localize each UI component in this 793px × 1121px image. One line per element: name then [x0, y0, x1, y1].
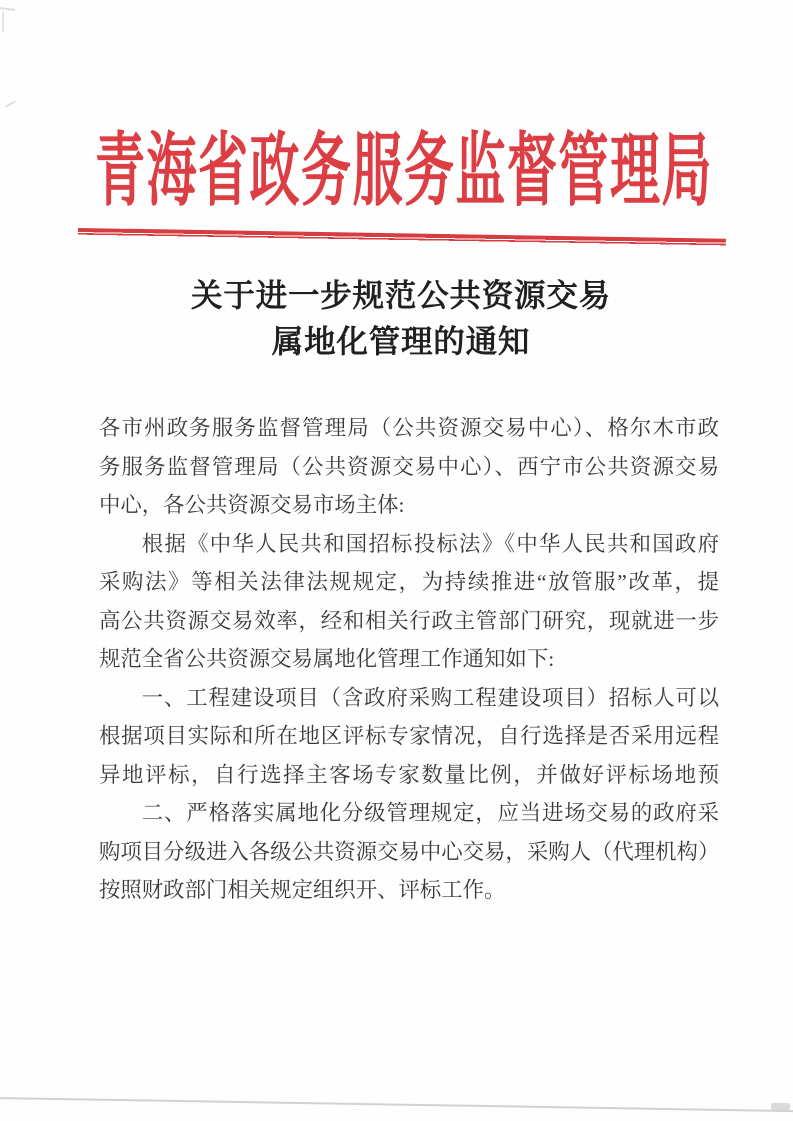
letterhead: 青海省政务服务监督管理局 [0, 125, 793, 217]
body-line: 各市州政务服务监督管理局（公共资源交易中心）、格尔木市政 [99, 409, 719, 448]
document-title: 关于进一步规范公共资源交易 属地化管理的通知 [0, 273, 793, 365]
paper-edge-shadow [0, 1097, 793, 1112]
body-line: 务服务监督管理局（公共资源交易中心）、西宁市公共资源交易 [99, 448, 719, 487]
body-line: 根据《中华人民共和国招标投标法》《中华人民共和国政府 [99, 525, 719, 564]
body-line: 异地评标，自行选择主客场专家数量比例，并做好评标场地预约。 [99, 756, 719, 795]
scan-artifact [5, 100, 16, 107]
document-title-line: 关于进一步规范公共资源交易 [9, 273, 793, 319]
document-title-line: 属地化管理的通知 [9, 319, 793, 365]
agency-name: 青海省政务服务监督管理局 [95, 97, 713, 244]
paper-edge-notch [771, 1103, 790, 1110]
scanned-document-page: 青海省政务服务监督管理局 关于进一步规范公共资源交易 属地化管理的通知 各市州政… [0, 0, 793, 1121]
body-line: 二、严格落实属地化分级管理规定，应当进场交易的政府采 [99, 794, 719, 833]
body-line: 规范全省公共资源交易属地化管理工作通知如下: [99, 640, 719, 679]
body-line: 按照财政部门相关规定组织开、评标工作。 [99, 871, 719, 910]
scan-artifact [2, 12, 4, 32]
body-line: 中心，各公共资源交易市场主体: [99, 486, 719, 525]
body-line: 高公共资源交易效率，经和相关行政主管部门研究，现就进一步 [99, 602, 719, 641]
body-line: 购项目分级进入各级公共资源交易中心交易，采购人（代理机构） [99, 833, 719, 872]
document-body: 各市州政务服务监督管理局（公共资源交易中心）、格尔木市政务服务监督管理局（公共资… [99, 409, 719, 910]
body-line: 根据项目实际和所在地区评标专家情况，自行选择是否采用远程 [99, 717, 719, 756]
scan-artifact [0, 7, 15, 11]
body-line: 采购法》等相关法律法规规定，为持续推进“放管服”改革，提 [99, 563, 719, 602]
body-line: 一、工程建设项目（含政府采购工程建设项目）招标人可以 [99, 679, 719, 718]
